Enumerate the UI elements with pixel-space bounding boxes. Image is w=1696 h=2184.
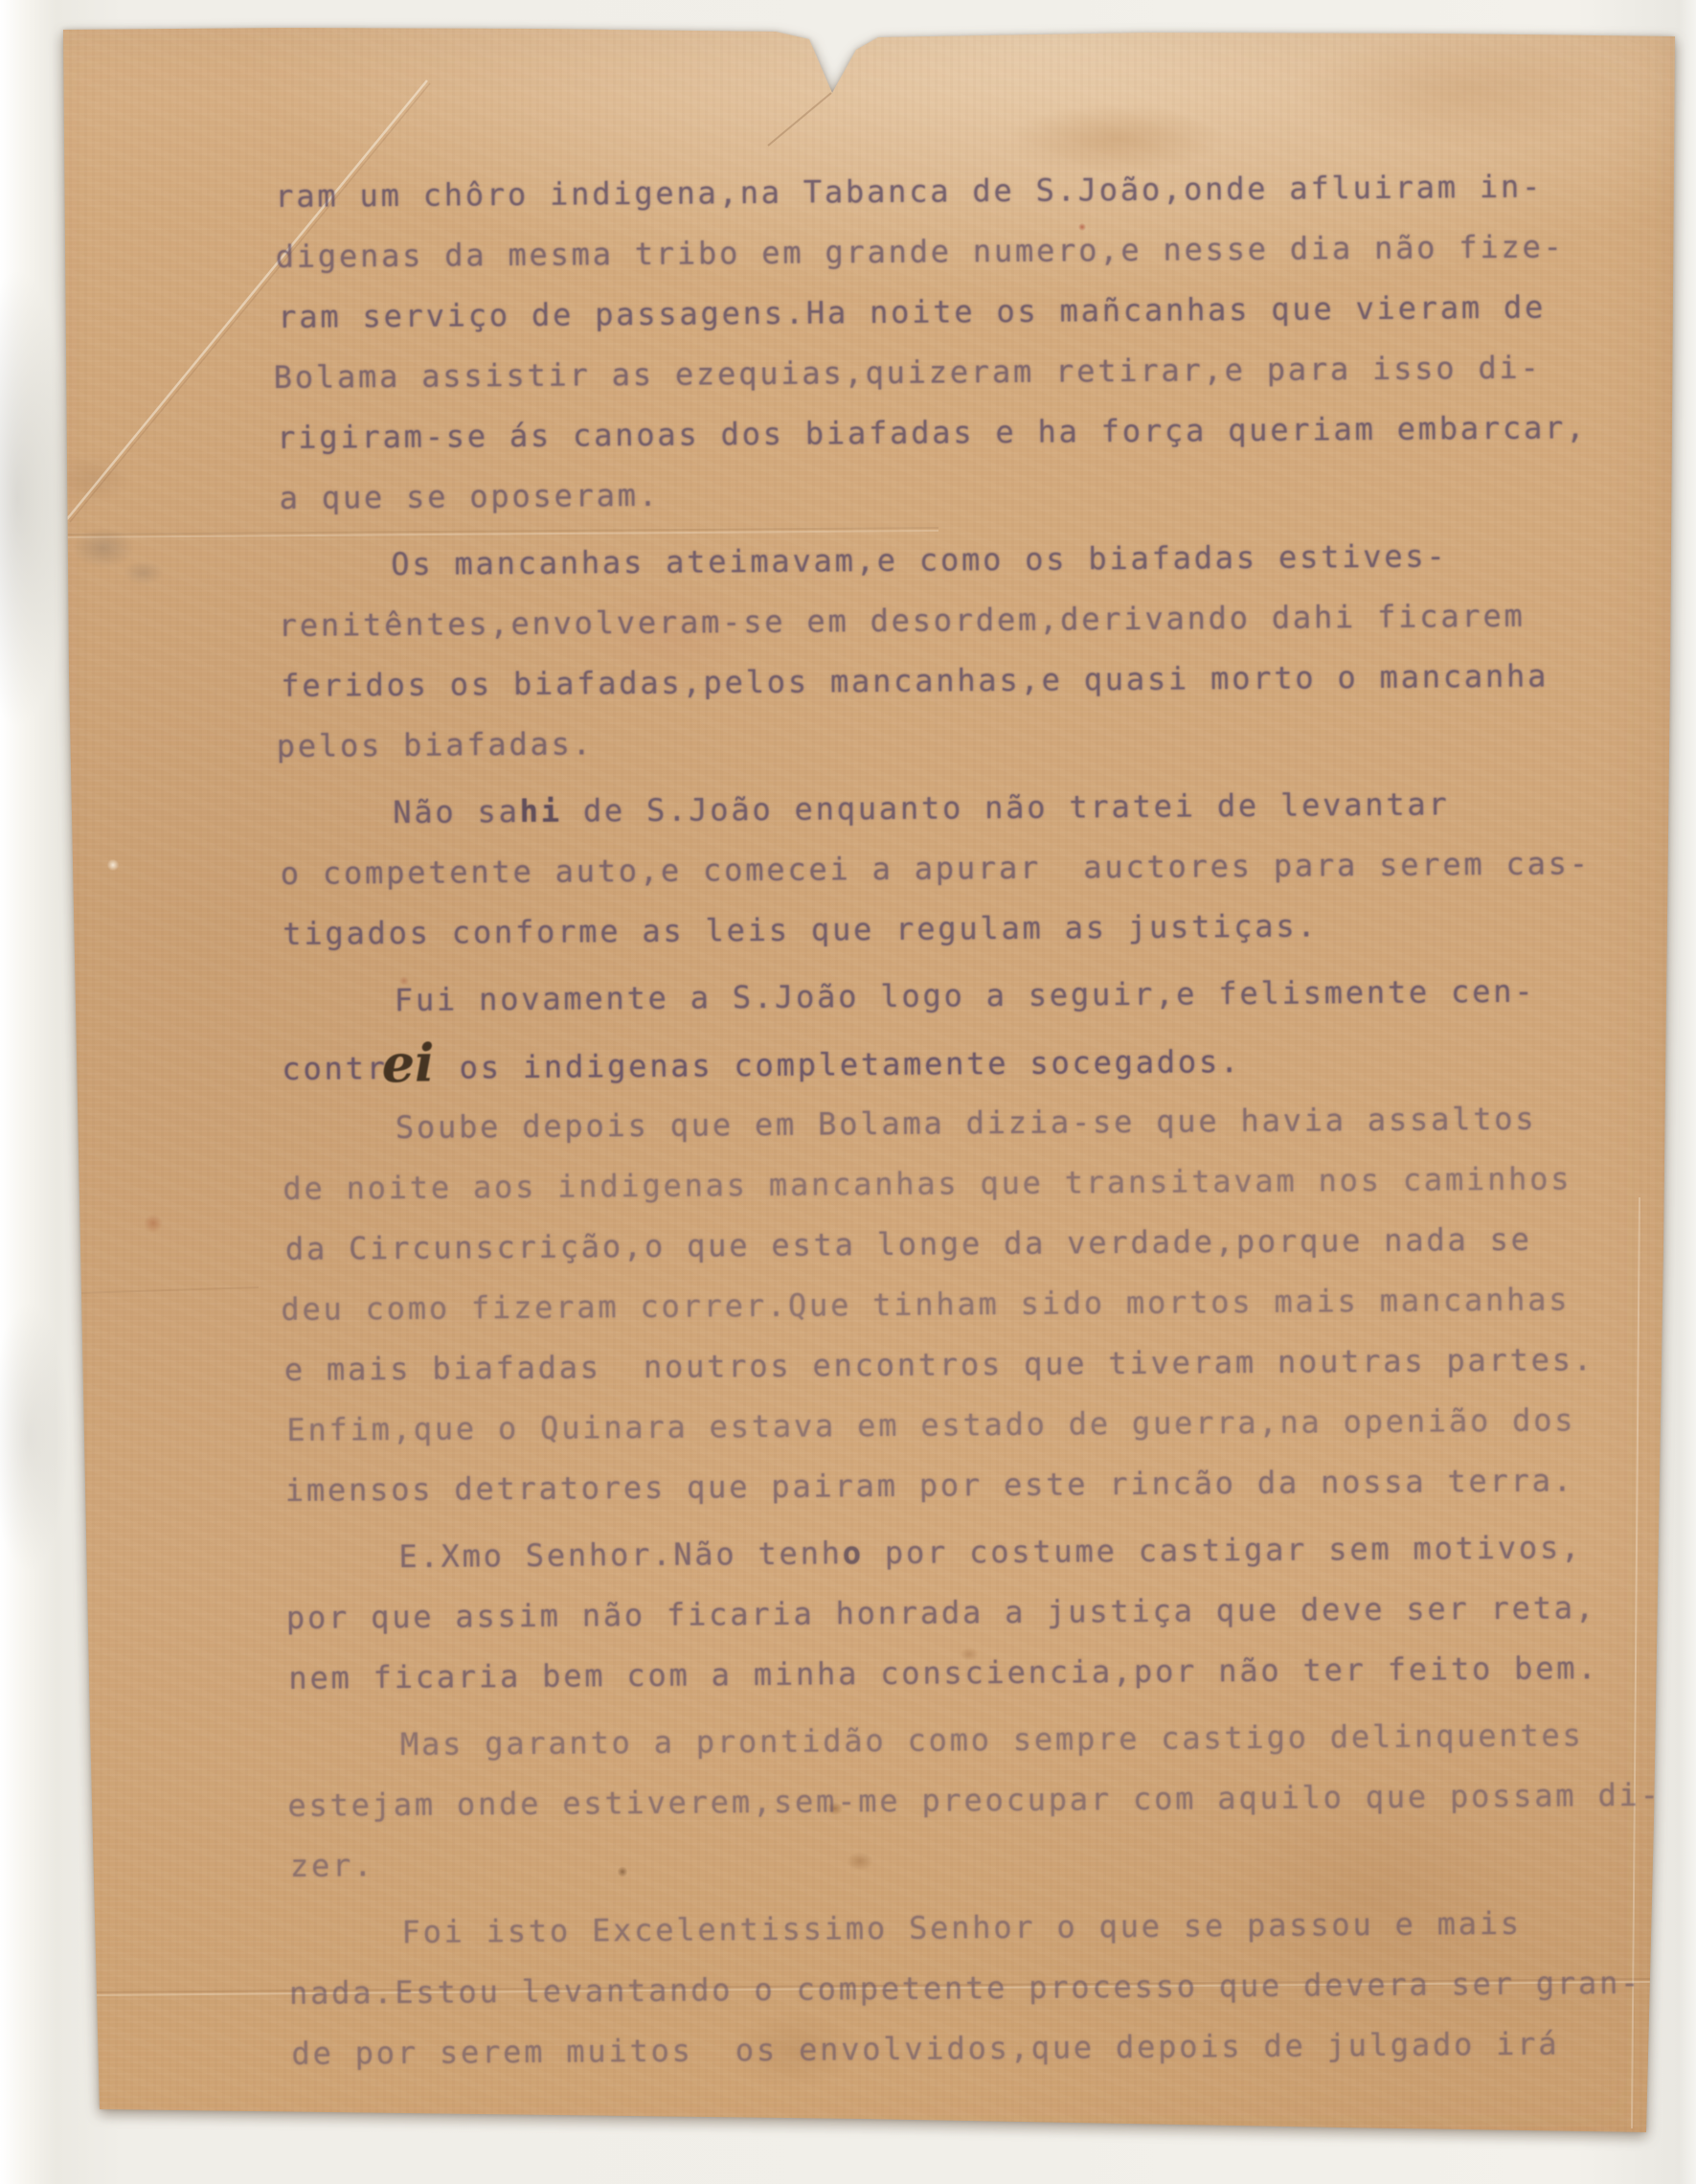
- typewritten-text: a que se oposeram.: [280, 477, 660, 516]
- paragraph: Não sahi de S.João enquanto não tratei d…: [280, 773, 1660, 965]
- typewritten-text: feridos os biafadas,pelos mancanhas,e qu…: [281, 658, 1549, 704]
- text-line: imensos detratores que pairam por este r…: [285, 1450, 1664, 1521]
- typewritten-text: renitêntes,envolveram-se em desordem,der…: [279, 598, 1526, 644]
- text-line: Soube depois que em Bolama dizia-se que …: [283, 1088, 1662, 1159]
- text-line: nem ficaria bem com a minha consciencia,…: [288, 1638, 1667, 1709]
- text-line: por que assim não ficaria honrada a just…: [286, 1578, 1665, 1649]
- paper-sheet: ram um chôro indigena,na Tabanca de S.Jo…: [0, 0, 1696, 2184]
- typewritten-text: nada.Estou levantando o competente proce…: [289, 1965, 1641, 2012]
- typewritten-text: Soube depois que em Bolama dizia-se que …: [396, 1101, 1537, 1146]
- text-line: Fui novamente a S.João logo a seguir,e f…: [282, 961, 1661, 1032]
- typewritten-text: ram serviço de passagens.Ha noite os mañ…: [278, 289, 1546, 335]
- text-line: de por serem muitos os envolvidos,que de…: [291, 2013, 1670, 2084]
- text-line: pelos biafadas.: [277, 706, 1656, 777]
- text-line: zer.: [290, 1826, 1669, 1897]
- text-line: feridos os biafadas,pelos mancanhas,e qu…: [281, 646, 1660, 717]
- text-line: contrei os indigenas completamente soceg…: [282, 1021, 1661, 1092]
- text-line: tigados conforme as leis que regulam as …: [283, 894, 1662, 965]
- text-line: e mais biafadas noutros encontros que ti…: [284, 1330, 1663, 1400]
- text-line: da Circunscrição,o que esta longe da ver…: [285, 1209, 1664, 1280]
- typewritten-text: da Circunscrição,o que esta longe da ver…: [285, 1221, 1532, 1267]
- typewritten-text: Bolama assistir as ezequias,quizeram ret…: [274, 350, 1542, 396]
- text-line: deu como fizeram correr.Que tinham sido …: [281, 1269, 1660, 1340]
- typewritten-text: pelos biafadas.: [277, 725, 594, 764]
- text-line: Enfim,que o Quinara estava em estado de …: [286, 1390, 1665, 1461]
- typewritten-text: E.Xmo Senhor.Não tenh: [398, 1535, 843, 1575]
- paragraph: Mas garanto a prontidão como sempre cast…: [287, 1705, 1667, 1897]
- text-line: Bolama assistir as ezequias,quizeram ret…: [273, 337, 1652, 408]
- scan-background: { "page": { "kind": "scanned typewritten…: [0, 0, 1696, 2184]
- typewritten-text: de por serem muitos os envolvidos,que de…: [291, 2026, 1559, 2072]
- typewritten-text: zer.: [290, 1847, 375, 1884]
- document-text: ram um chôro indigena,na Tabanca de S.Jo…: [275, 156, 1669, 2084]
- text-line: ram um chôro indigena,na Tabanca de S.Jo…: [275, 156, 1654, 227]
- paragraph: ram um chôro indigena,na Tabanca de S.Jo…: [275, 156, 1657, 529]
- typewritten-text: imensos detratores que pairam por este r…: [285, 1462, 1574, 1509]
- typewritten-text: Os mancanhas ateimavam,e como os biafada…: [391, 537, 1448, 582]
- text-line: digenas da mesma tribo em grande numero,…: [275, 216, 1654, 287]
- text-line: Os mancanhas ateimavam,e como os biafada…: [278, 525, 1657, 596]
- typewritten-text: digenas da mesma tribo em grande numero,…: [276, 228, 1565, 275]
- typewritten-text: ram um chôro indigena,na Tabanca de S.Jo…: [275, 169, 1543, 215]
- paragraph: Soube depois que em Bolama dizia-se que …: [283, 1088, 1664, 1521]
- typewritten-text: de noite aos indigenas mancanhas que tra…: [283, 1160, 1572, 1207]
- typewritten-text: o competente auto,e comecei a apurar auc…: [281, 845, 1591, 892]
- text-line: Não sahi de S.João enquanto não tratei d…: [280, 773, 1659, 844]
- typewritten-text: Foi isto Excelentissimo Senhor o que se …: [401, 1905, 1522, 1950]
- typewritten-text: Não sa: [393, 793, 520, 830]
- text-line: renitêntes,envolveram-se em desordem,der…: [279, 585, 1658, 656]
- typewritten-text: por que assim não ficaria honrada a just…: [286, 1589, 1596, 1636]
- typewritten-text: deu como fizeram correr.Que tinham sido …: [281, 1281, 1570, 1328]
- typewritten-text: estejam onde estiverem,sem-me preocupar …: [287, 1777, 1662, 1824]
- typewritten-text: Enfim,que o Quinara estava em estado de …: [286, 1401, 1575, 1448]
- typewritten-text: Mas garanto a prontidão como sempre cast…: [400, 1717, 1584, 1763]
- typewritten-text: nem ficaria bem com a minha consciencia,…: [288, 1649, 1598, 1696]
- text-line: E.Xmo Senhor.Não tenho por costume casti…: [285, 1517, 1664, 1588]
- typewritten-text: os indigenas completamente socegados.: [438, 1043, 1241, 1086]
- handwritten-correction: ei: [381, 1034, 434, 1094]
- typewritten-text: contr: [282, 1050, 388, 1087]
- typewritten-text: por costume castigar sem motivos,: [864, 1529, 1583, 1571]
- text-line: rigiram-se ás canoas dos biafadas e ha f…: [277, 398, 1656, 468]
- typewritten-text: rigiram-se ás canoas dos biafadas e ha f…: [277, 409, 1587, 456]
- text-line: ram serviço de passagens.Ha noite os mañ…: [278, 277, 1657, 348]
- paragraph: Os mancanhas ateimavam,e como os biafada…: [278, 525, 1659, 777]
- overstruck-text: o: [843, 1535, 864, 1571]
- text-line: Mas garanto a prontidão como sempre cast…: [287, 1705, 1666, 1776]
- paragraph: Foi isto Excelentissimo Senhor o que se …: [288, 1893, 1668, 2084]
- torn-notch-flap: [809, 39, 856, 93]
- text-line: o competente auto,e comecei a apurar auc…: [281, 833, 1660, 904]
- typewritten-text: e mais biafadas noutros encontros que ti…: [284, 1341, 1594, 1388]
- text-line: de noite aos indigenas mancanhas que tra…: [283, 1149, 1662, 1219]
- text-line: a que se oposeram.: [279, 458, 1658, 529]
- typewritten-text: de S.João enquanto não tratei de levanta…: [562, 785, 1450, 829]
- typewritten-text: Fui novamente a S.João logo a seguir,e f…: [395, 973, 1536, 1018]
- overstruck-text: hi: [520, 793, 562, 830]
- paragraph: E.Xmo Senhor.Não tenho por costume casti…: [285, 1517, 1665, 1709]
- paragraph: Fui novamente a S.João logo a seguir,e f…: [282, 961, 1662, 1092]
- text-line: nada.Estou levantando o competente proce…: [289, 1953, 1668, 2024]
- text-line: estejam onde estiverem,sem-me preocupar …: [287, 1765, 1666, 1836]
- typewritten-text: tigados conforme as leis que regulam as …: [283, 907, 1318, 951]
- text-line: Foi isto Excelentissimo Senhor o que se …: [288, 1893, 1667, 1964]
- paper-shadow-wrap: ram um chôro indigena,na Tabanca de S.Jo…: [0, 0, 1696, 2184]
